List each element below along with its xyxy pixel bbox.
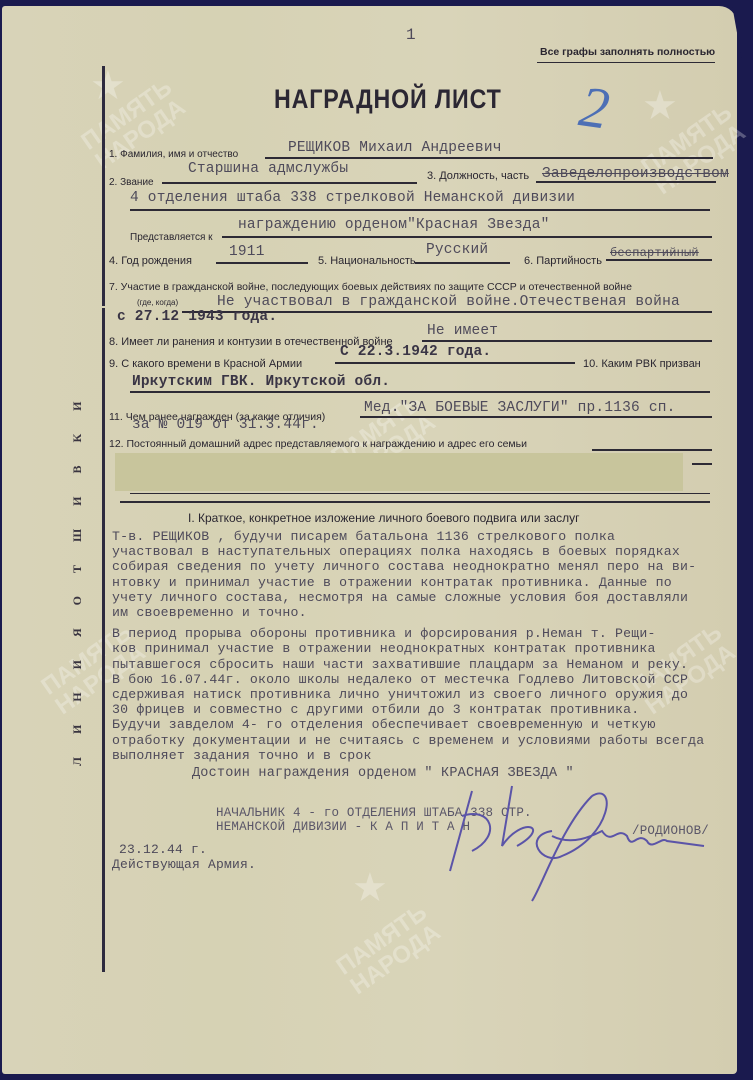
field-3-value-cont: 4 отделения штаба 338 стрелковой Неманск… <box>130 190 575 206</box>
field-7-value: Не участвовал в гражданской войне.Отечес… <box>217 294 680 310</box>
field-12-label: 12. Постоянный домашний адрес представля… <box>109 438 527 450</box>
field-3-line-cont <box>130 209 710 211</box>
field-6-value: беспартийный <box>610 246 699 260</box>
date: 23.12.44 г. <box>119 842 207 857</box>
field-3-line <box>536 181 716 183</box>
narrative-line: пытавшегося сбросить наши части захватив… <box>112 657 732 672</box>
narrative-line: сдерживая натиск противника лично уничто… <box>112 687 732 702</box>
presented-label: Представляется к <box>130 232 213 243</box>
field-1-label: 1. Фамилия, имя и отчество <box>109 149 238 160</box>
field-7-sublabel: (где, когда) <box>137 298 178 307</box>
field-9-value: С 22.3.1942 года. <box>340 344 491 360</box>
signature-icon <box>442 776 722 906</box>
margin-rule <box>102 308 105 972</box>
narrative-line: Будучи завделом 4- го отделения обеспечи… <box>112 717 732 732</box>
field-1-line <box>265 157 713 159</box>
page-mark: 1 <box>406 26 416 44</box>
field-9-line <box>335 362 575 364</box>
watermark-star-icon: ★ <box>352 868 392 908</box>
field-1-value: РЕЩИКОВ Михаил Андреевич <box>288 140 502 156</box>
field-10-value: Иркутским ГВК. Иркутской обл. <box>132 374 390 390</box>
field-12-line <box>692 463 712 465</box>
field-3-label: 3. Должность, часть <box>427 170 529 182</box>
narrative-line: собирая сведения по учету личного состав… <box>112 559 732 574</box>
field-2-line <box>162 182 417 184</box>
header-underline <box>537 62 715 63</box>
field-11-line <box>360 416 712 418</box>
presented-value: награждению орденом"Красная Звезда" <box>238 217 550 233</box>
narrative-line: нтовку и принимал участие в отражении ко… <box>112 575 732 590</box>
narrative-line: 30 фрицев и совместно с другими отбили д… <box>112 702 732 717</box>
narrative: Т-в. РЕЩИКОВ , будучи писарем батальона … <box>112 529 732 763</box>
award-sheet-page: ★ ПАМЯТЬНАРОДА ★ ПАМЯТЬНАРОДА ПАМЯТЬНАРО… <box>2 6 737 1074</box>
handwritten-number: 2 <box>575 72 613 142</box>
narrative-line: им своевременно и точно. <box>112 605 732 620</box>
field-4-value: 1911 <box>229 244 265 260</box>
signatory-line-2: НЕМАНСКОЙ ДИВИЗИИ - К А П И Т А Н <box>216 820 470 834</box>
watermark: ПАМЯТЬНАРОДА <box>333 901 446 1000</box>
field-2-label: 2. Звание <box>109 177 154 188</box>
field-8-line <box>422 340 712 342</box>
cut-line-label: Л И Н И Я О Т Ш И В К И <box>70 346 85 766</box>
field-10-line <box>130 391 710 393</box>
field-7-value-cont: с 27.12 1943 года. <box>117 309 277 325</box>
field-6-line <box>606 259 712 261</box>
header-note: Все графы заполнять полностью <box>540 46 715 58</box>
field-12-line <box>592 449 712 451</box>
redacted-address <box>115 453 683 491</box>
narrative-line: выполняет задания точно и в срок <box>112 748 732 763</box>
field-9-label: 9. С какого времени в Красной Армии <box>109 358 302 370</box>
narrative-line: В период прорыва обороны противника и фо… <box>112 626 732 641</box>
narrative-line: Т-в. РЕЩИКОВ , будучи писарем батальона … <box>112 529 732 544</box>
field-5-label: 5. Национальность <box>318 255 416 267</box>
watermark-star-icon: ★ <box>642 86 682 126</box>
presented-line <box>222 236 712 238</box>
field-5-line <box>415 262 510 264</box>
narrative-line: В бою 16.07.44г. около школы недалеко от… <box>112 672 732 687</box>
location: Действующая Армия. <box>112 857 256 872</box>
field-12-line-2 <box>130 493 710 494</box>
field-11-value-cont: за № 019 от 31.3.44г. <box>132 417 319 433</box>
narrative-line: учету личного состава, несмотря на самые… <box>112 590 732 605</box>
narrative-line: отработку документации и не считаясь с в… <box>112 733 732 748</box>
field-7-label: 7. Участие в гражданской войне, последую… <box>109 281 632 293</box>
margin-rule <box>102 66 105 306</box>
watermark-star-icon: ★ <box>90 66 130 106</box>
narrative-line: ков принимал участие в отражении неоднок… <box>112 641 732 656</box>
narrative-line: участвовал в наступательных операциях по… <box>112 544 732 559</box>
field-4-line <box>216 262 308 264</box>
field-4-label: 4. Год рождения <box>109 255 192 267</box>
page-title: НАГРАДНОЙ ЛИСТ <box>274 84 502 115</box>
field-5-value: Русский <box>426 242 488 258</box>
field-8-value: Не имеет <box>427 323 498 339</box>
section-heading: I. Краткое, конкретное изложение личного… <box>188 511 580 525</box>
field-3-value: Заведелопроизводством <box>542 166 729 182</box>
field-10-label: 10. Каким РВК призван <box>583 358 701 370</box>
field-6-label: 6. Партийность <box>524 255 602 267</box>
field-12-line-3 <box>120 501 710 503</box>
field-11-value: Мед."ЗА БОЕВЫЕ ЗАСЛУГИ" пр.1136 сп. <box>364 400 676 416</box>
field-2-value: Старшина адмслужбы <box>188 161 348 177</box>
